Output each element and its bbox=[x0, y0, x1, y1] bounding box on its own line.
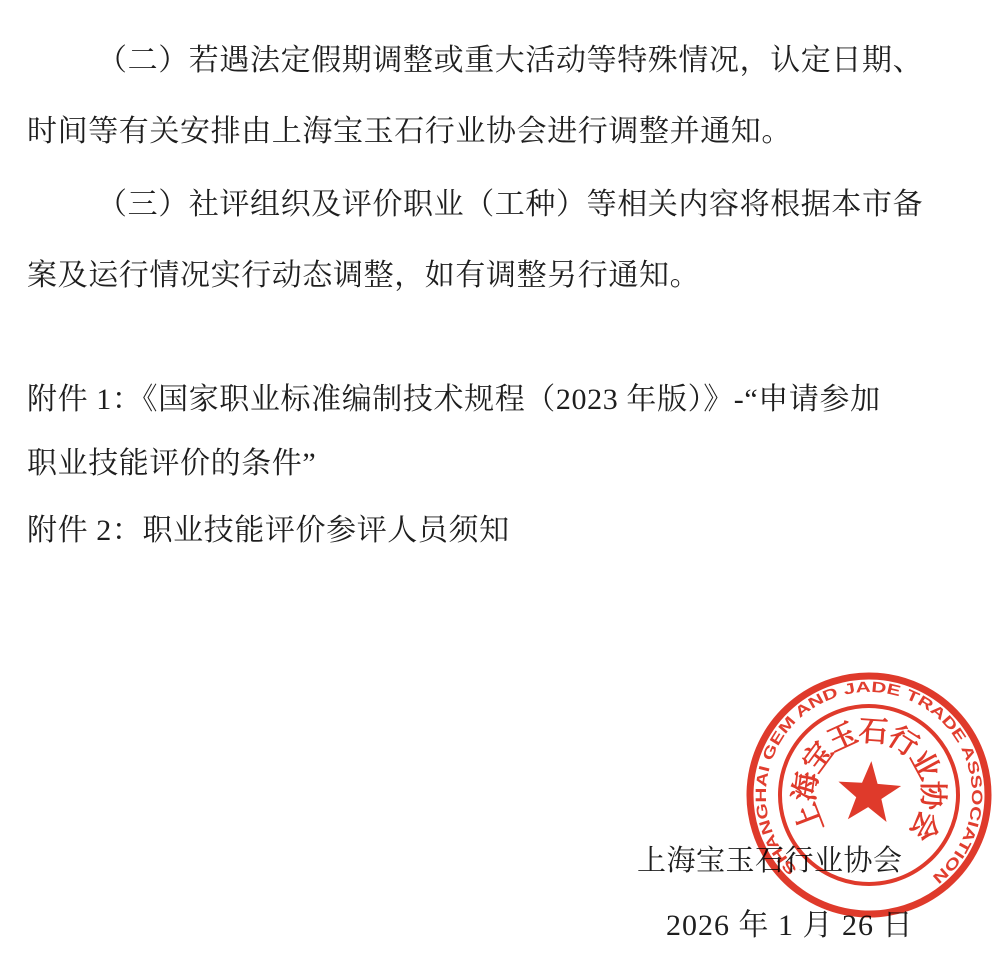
attachment-2-line: 附件 2：职业技能评价参评人员须知 bbox=[27, 514, 510, 548]
paragraph-3-line-2: 案及运行情况实行动态调整，如有调整另行通知。 bbox=[27, 259, 700, 293]
seal-graphic: SHANGHAI GEM AND JADE TRADE ASSOCIATION … bbox=[736, 662, 1000, 929]
document-page: （二）若遇法定假期调整或重大活动等特殊情况，认定日期、 时间等有关安排由上海宝玉… bbox=[0, 0, 1000, 975]
paragraph-2-line-1: （二）若遇法定假期调整或重大活动等特殊情况，认定日期、 bbox=[27, 44, 923, 78]
seal-chinese-char: 上 bbox=[789, 798, 830, 837]
official-seal: SHANGHAI GEM AND JADE TRADE ASSOCIATION … bbox=[736, 662, 1000, 929]
paragraph-3-line-1: （三）社评组织及评价职业（工种）等相关内容将根据本市备 bbox=[27, 188, 923, 222]
paragraph-2-line-2: 时间等有关安排由上海宝玉石行业协会进行调整并通知。 bbox=[27, 115, 792, 149]
star-icon bbox=[836, 759, 903, 823]
attachment-1-line-1: 附件 1：《国家职业标准编制技术规程（2023 年版）》-“申请参加 bbox=[27, 383, 881, 417]
seal-chinese-char: 会 bbox=[903, 805, 946, 846]
attachment-1-line-2: 职业技能评价的条件” bbox=[27, 447, 316, 481]
